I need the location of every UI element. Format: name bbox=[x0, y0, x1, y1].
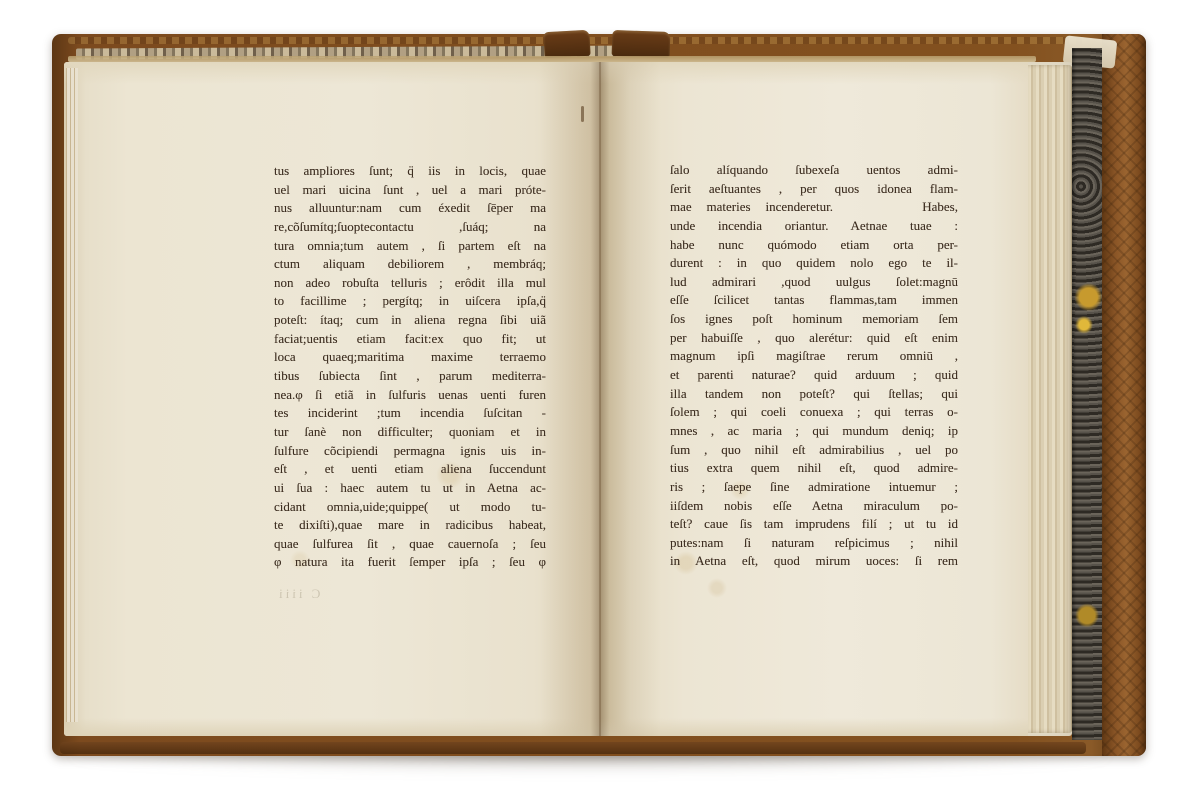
text-line: eſſe ſcilicet tantas flammas,tam immen bbox=[670, 291, 958, 310]
text-line: tes inciderint ;tum incendia ſuſcitan - bbox=[274, 404, 546, 423]
text-line: lud admirari ,quod uulgus ſolet:magnū bbox=[670, 273, 958, 292]
text-line: habe nunc quómodo etiam orta per- bbox=[670, 236, 958, 255]
leather-bottom-edge bbox=[60, 742, 1086, 754]
left-page-text-block: tus ampliores ſunt; q̈ iis in locis, qua… bbox=[274, 162, 546, 572]
text-line: tibus ſubiecta ſint , parum mediterra- bbox=[274, 367, 546, 386]
text-line: quae ſulfurea ſit , quae cauernoſa ; ſeu bbox=[274, 535, 546, 554]
right-page-text-block: ſalo alíquando ſubexeſa uentos admi-ſeri… bbox=[670, 161, 958, 571]
damaged-headcap-left bbox=[543, 30, 590, 58]
text-line: to facillime ; pergítq; in uiſcera ipſa,… bbox=[274, 292, 546, 311]
text-line: iiſdem nobis eſſe Aetna miraculum po- bbox=[670, 497, 958, 516]
text-line: re,cõſumítq;ſuoptecontactu ,ſuáq; na bbox=[274, 218, 546, 237]
text-line: putes:nam ſi naturam reſpicimus ; nihil bbox=[670, 534, 958, 553]
text-line: mae materies incenderetur. Habes, bbox=[670, 198, 958, 217]
book-photograph: tus ampliores ſunt; q̈ iis in locis, qua… bbox=[0, 0, 1200, 795]
text-line: tus ampliores ſunt; q̈ iis in locis, qua… bbox=[274, 162, 546, 181]
text-line: cidant omnia,uide;quippe( ut modo tu- bbox=[274, 498, 546, 517]
text-line: uel mari uicina ſunt , uel a mari próte- bbox=[274, 181, 546, 200]
text-line: tura omnia;tum autem , ſi partem eſt na bbox=[274, 237, 546, 256]
left-page-edge-stack bbox=[66, 68, 78, 722]
fore-edge-page-stack bbox=[1028, 65, 1072, 733]
text-line: illa tandem non poteſt? qui ſtellas; qui bbox=[670, 385, 958, 404]
leather-right-board-edge bbox=[1102, 34, 1146, 756]
text-line: teſt? caue ſis tam imprudens filí ; ut t… bbox=[670, 515, 958, 534]
text-line: durent : in quo quidem nolo ego te il- bbox=[670, 254, 958, 273]
damaged-headcap-right bbox=[612, 30, 671, 58]
text-line: faciat;uentis etiam facit:ex quo fit; ut bbox=[274, 330, 546, 349]
text-line: in Aetna eſt, quod mirum uoces: ſi rem bbox=[670, 552, 958, 571]
text-line: eſt , et uenti etiam aliena ſuccendunt bbox=[274, 460, 546, 479]
text-line: tur ſanè non difficulter; quoniam et in bbox=[274, 423, 546, 442]
text-line: mnes , ac maria ; qui mundum deniq; ip bbox=[670, 422, 958, 441]
text-line: tius extra quem nihil eſt, quod admire- bbox=[670, 459, 958, 478]
text-line: non adeo robuſta telluris ; erôdit illa … bbox=[274, 274, 546, 293]
text-line: ris ; ſaepe ſine admiratione intuemur ; bbox=[670, 478, 958, 497]
marbled-endpaper-strip bbox=[1072, 48, 1102, 740]
text-line: loca quaeq;maritima maxime terraemo bbox=[274, 348, 546, 367]
open-book: tus ampliores ſunt; q̈ iis in locis, qua… bbox=[52, 34, 1146, 756]
text-line: ſerit aeſtuantes , per quos idonea flam- bbox=[670, 180, 958, 199]
text-line: magnum ipſi magiſtrae rerum omniū , bbox=[670, 347, 958, 366]
text-line: poteſt: ítaq; cum in aliena regna ſibi u… bbox=[274, 311, 546, 330]
text-line: nea.φ ſi etiã in ſulfuris uenas uenti fu… bbox=[274, 386, 546, 405]
text-line: ſolem ; qui coeli conuexa ; qui terras o… bbox=[670, 403, 958, 422]
text-line: ui ſua : haec autem tu ut in Aetna ac- bbox=[274, 479, 546, 498]
page-spread: tus ampliores ſunt; q̈ iis in locis, qua… bbox=[64, 62, 1072, 736]
text-line: te dixiſti),quae mare in radicibus habea… bbox=[274, 516, 546, 535]
text-line: ſum , quo nihil eſt admirabilius , uel p… bbox=[670, 441, 958, 460]
text-line: unde incendia oriantur. Aetnae tuae : bbox=[670, 217, 958, 236]
text-line: et parenti naturae? quid arduum ; quid bbox=[670, 366, 958, 385]
text-line: ctum aliquam debiliorem , membráq; bbox=[274, 255, 546, 274]
text-line: ſulfure cõcipiendi permagna ignis uis in… bbox=[274, 442, 546, 461]
text-line: ſos ignes poſt hominum memoriam ſem bbox=[670, 310, 958, 329]
binding-stitch bbox=[581, 106, 584, 122]
text-line: per habuiſſe , quo alerétur: quid eſt en… bbox=[670, 329, 958, 348]
signature-mark-showthrough: C iiii bbox=[276, 586, 320, 602]
text-line: nus alluuntur:nam cum éxedit ſēper ma bbox=[274, 199, 546, 218]
text-line: φ natura ita fuerit ſemper ipſa ; ſeu φ bbox=[274, 553, 546, 572]
gutter-crease bbox=[599, 62, 601, 736]
text-line: ſalo alíquando ſubexeſa uentos admi- bbox=[670, 161, 958, 180]
